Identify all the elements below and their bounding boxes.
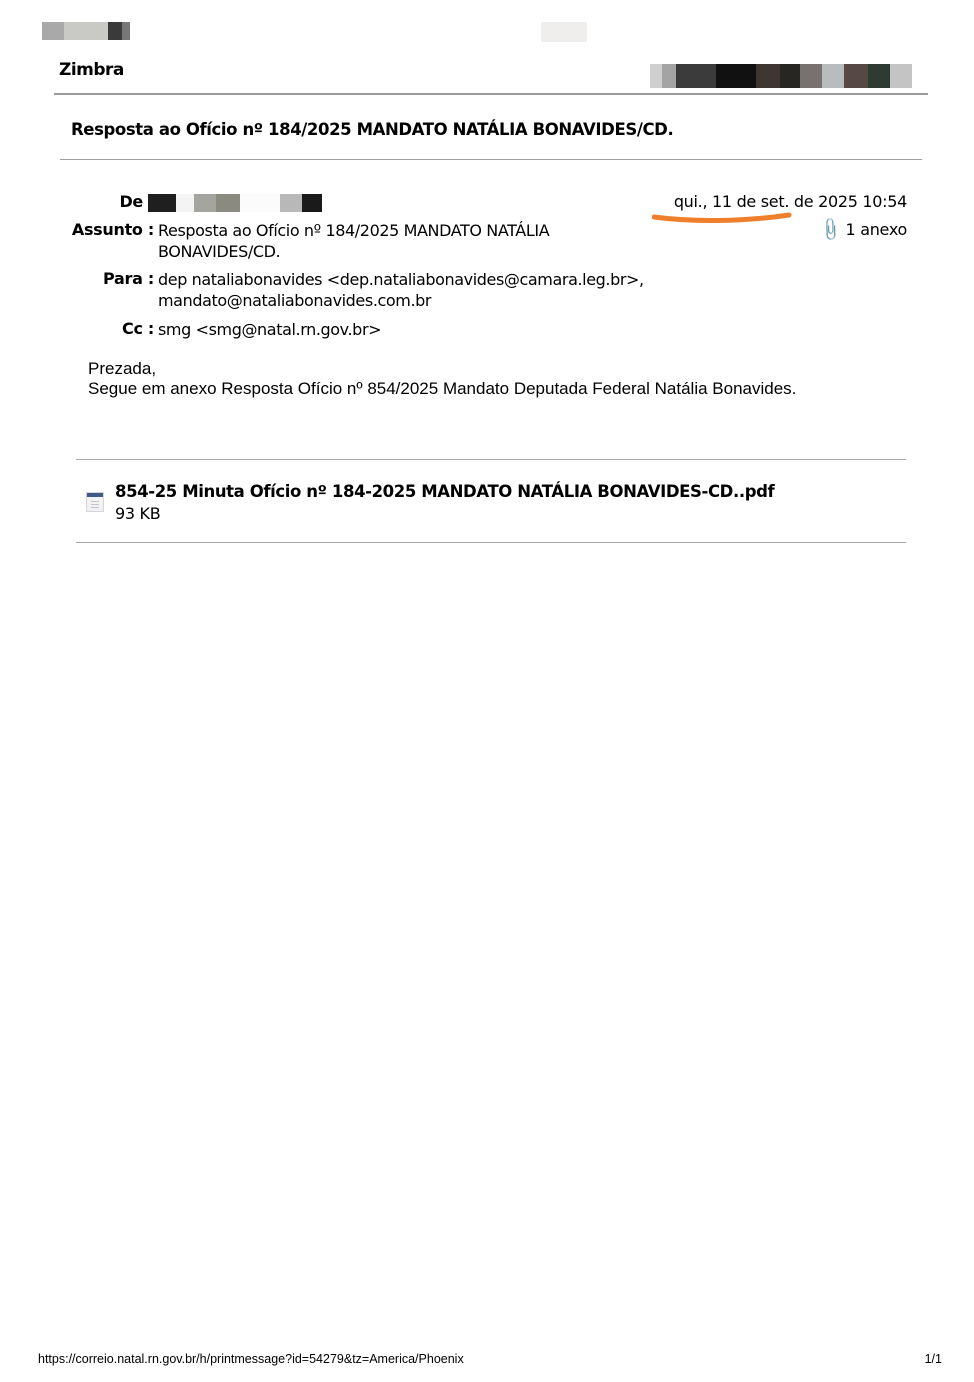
cc-label: Cc : bbox=[64, 319, 154, 338]
subject-line-1: Resposta ao Ofício nº 184/2025 MANDATO N… bbox=[158, 220, 549, 241]
redacted-user-account bbox=[650, 64, 912, 88]
message-body: Prezada, Segue em anexo Resposta Ofício … bbox=[88, 359, 796, 399]
message-date: qui., 11 de set. de 2025 10:54 bbox=[674, 192, 907, 211]
cc-value[interactable]: smg <smg@natal.rn.gov.br> bbox=[158, 319, 381, 340]
attachment-count-label: 1 anexo bbox=[846, 220, 907, 239]
subject-value: Resposta ao Ofício nº 184/2025 MANDATO N… bbox=[158, 220, 549, 262]
document-icon bbox=[86, 492, 104, 512]
to-label: Para : bbox=[64, 269, 154, 288]
to-recipient-1[interactable]: dep nataliabonavides <dep.nataliabonavid… bbox=[158, 269, 644, 290]
annotation-underline bbox=[652, 212, 792, 226]
message-title: Resposta ao Ofício nº 184/2025 MANDATO N… bbox=[71, 120, 673, 139]
subject-line-2: BONAVIDES/CD. bbox=[158, 241, 549, 262]
to-value: dep nataliabonavides <dep.nataliabonavid… bbox=[158, 269, 644, 311]
header-divider bbox=[54, 93, 928, 95]
to-recipient-2[interactable]: mandato@nataliabonavides.com.br bbox=[158, 290, 644, 311]
title-divider bbox=[60, 159, 922, 160]
attachment-divider-bottom bbox=[76, 542, 906, 543]
redacted-sender bbox=[148, 194, 322, 212]
print-footer-url: https://correio.natal.rn.gov.br/h/printm… bbox=[38, 1352, 464, 1366]
attachment-name-link[interactable]: 854-25 Minuta Ofício nº 184-2025 MANDATO… bbox=[115, 482, 774, 501]
from-label: De bbox=[53, 192, 143, 211]
print-footer-page: 1/1 bbox=[925, 1352, 942, 1366]
attachment-divider-top bbox=[76, 459, 906, 460]
attachment-size: 93 KB bbox=[115, 504, 160, 523]
body-greeting: Prezada, bbox=[88, 359, 796, 379]
body-content: Segue em anexo Resposta Ofício nº 854/20… bbox=[88, 379, 796, 399]
paperclip-icon: 📎 bbox=[817, 216, 844, 243]
redacted-top-center bbox=[541, 22, 587, 42]
redacted-top-left bbox=[42, 22, 132, 40]
app-title: Zimbra bbox=[59, 60, 124, 80]
attachment-count[interactable]: 📎 1 anexo bbox=[821, 220, 907, 239]
subject-label: Assunto : bbox=[64, 220, 154, 239]
